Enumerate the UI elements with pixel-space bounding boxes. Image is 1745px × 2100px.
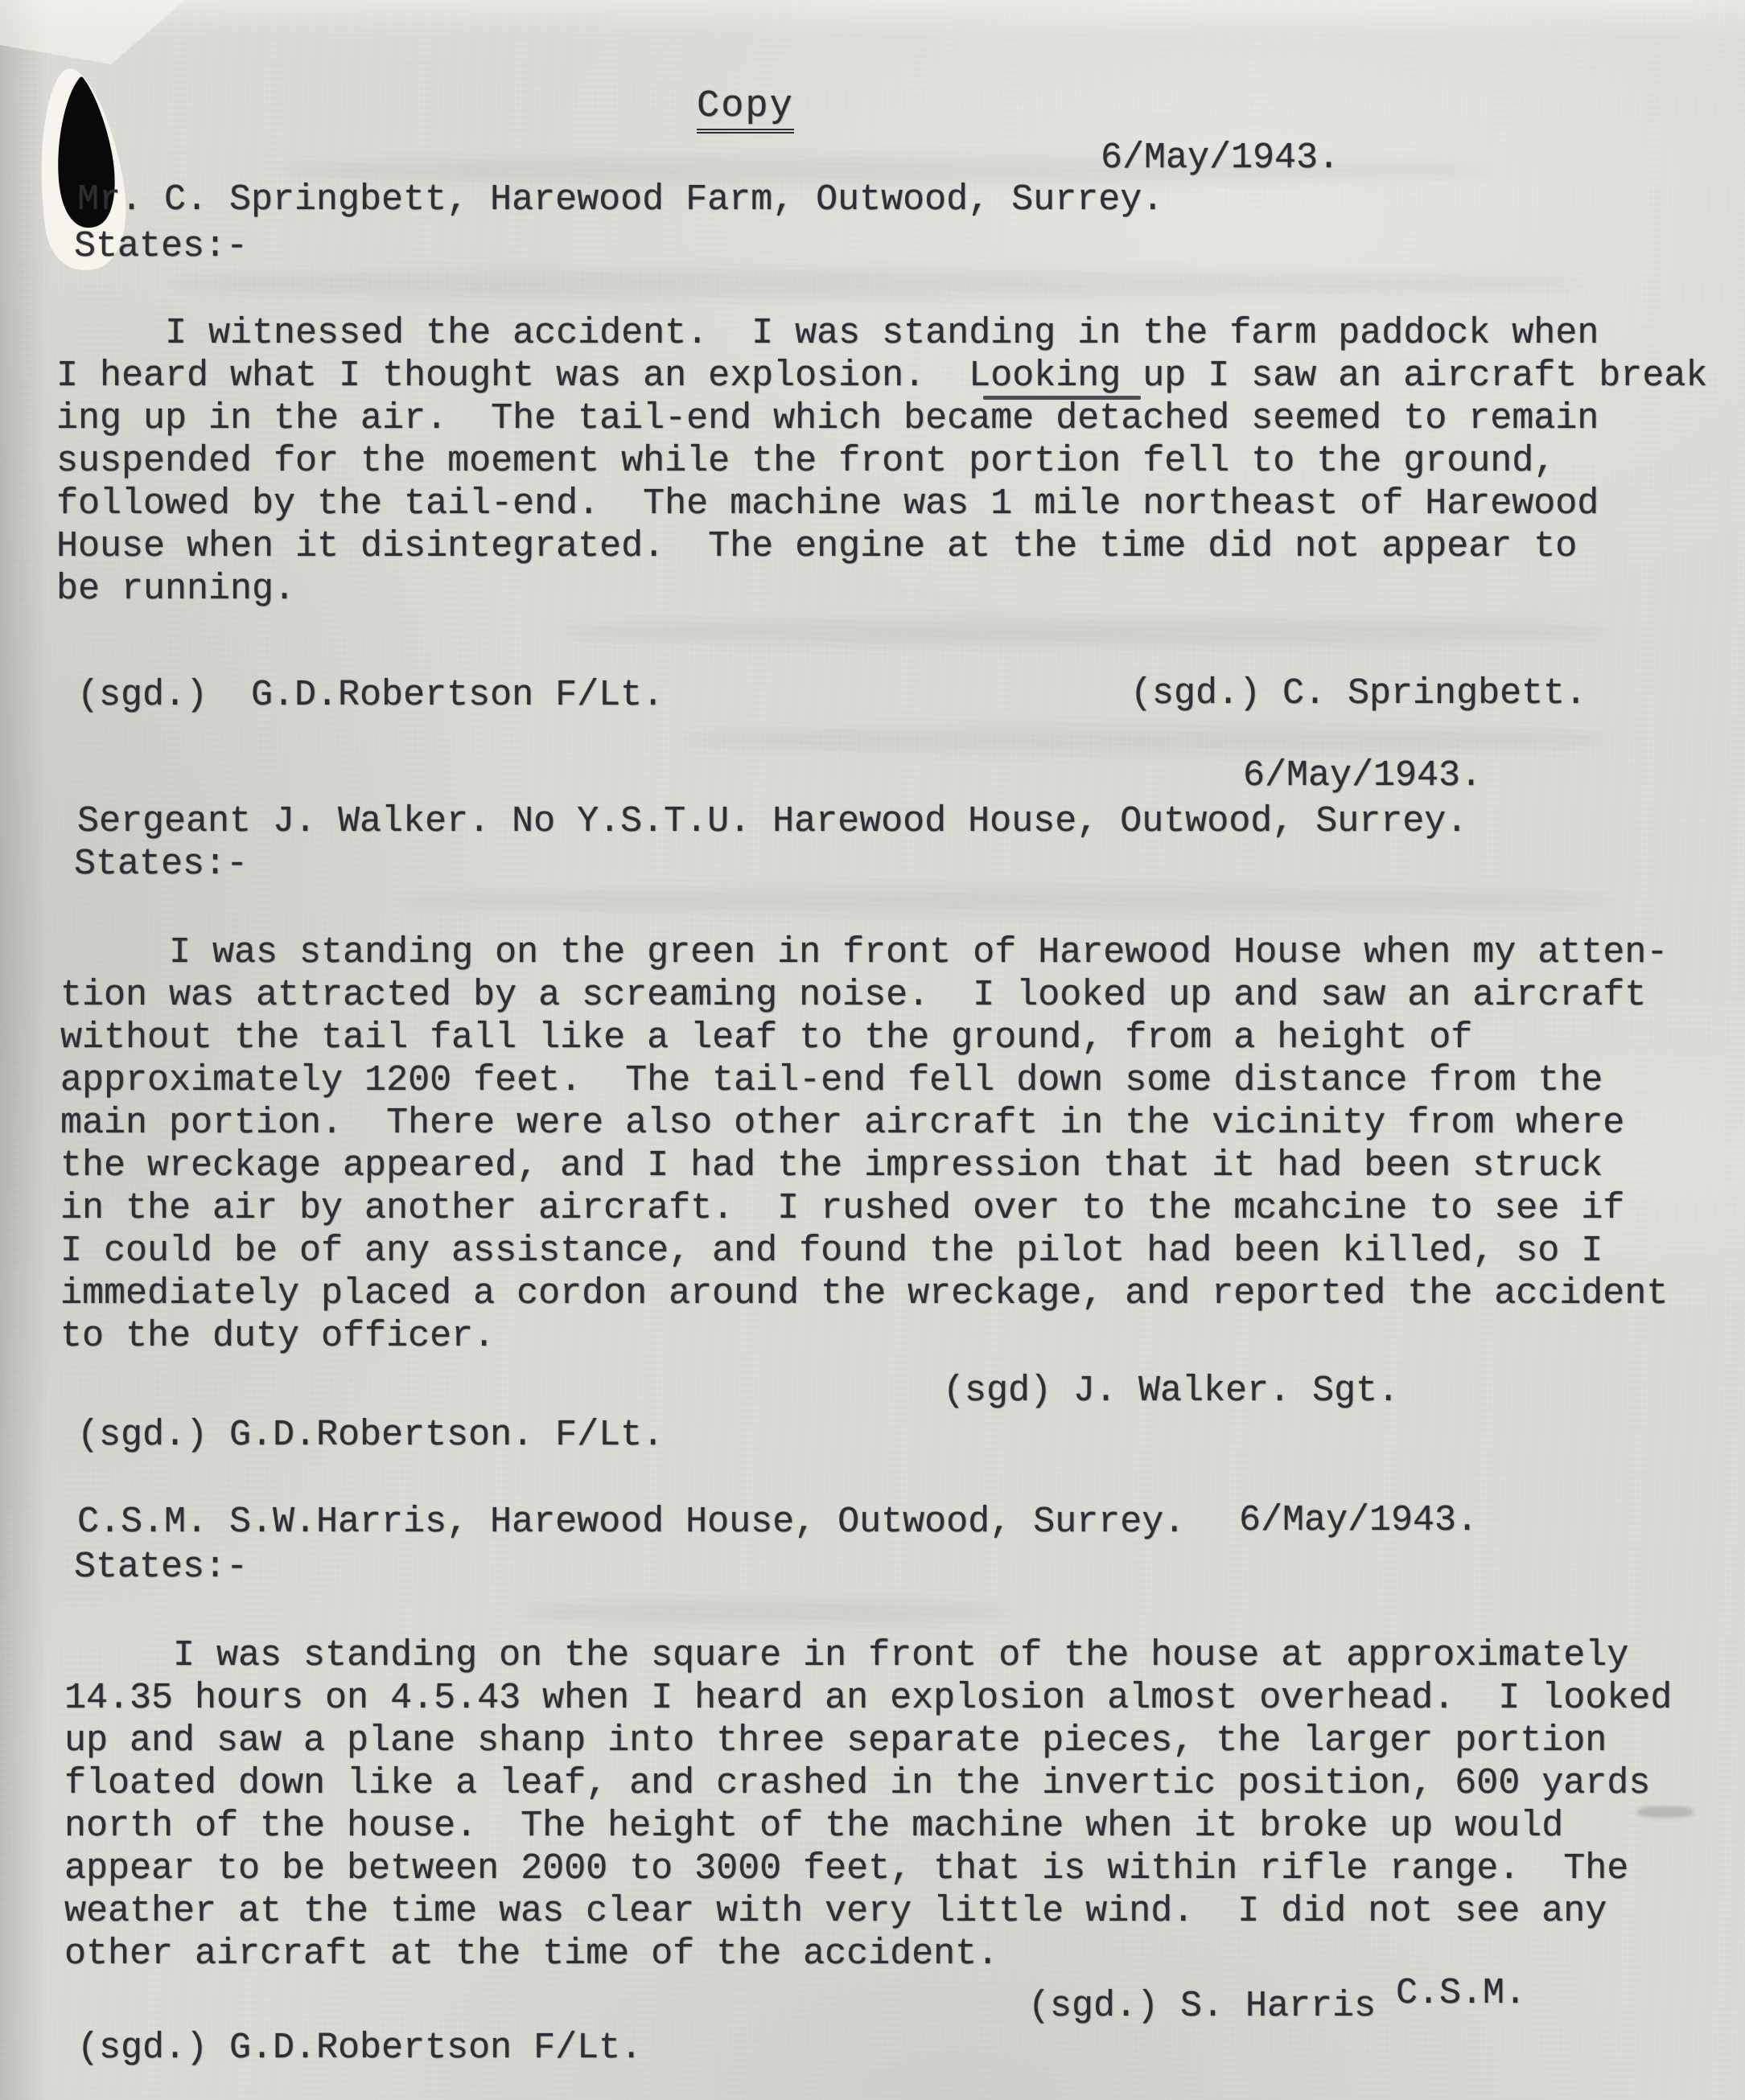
- statement-body: I witnessed the accident. I was standing…: [56, 312, 1745, 610]
- signature-right: (sgd.) C. Springbett.: [1130, 672, 1587, 715]
- bleed-through-smudge: [523, 1601, 1006, 1623]
- bleed-through-smudge: [563, 619, 1609, 645]
- statement-body: I was standing on the green in front of …: [60, 931, 1745, 1358]
- witness-line: C.S.M. S.W.Harris, Harewood House, Outwo…: [77, 1501, 1185, 1543]
- states-label: States:-: [74, 225, 248, 268]
- statement-date: 6/May/1943.: [1243, 754, 1482, 797]
- witness-line: Sergeant J. Walker. No Y.S.T.U. Harewood…: [77, 800, 1467, 843]
- states-label: States:-: [74, 843, 248, 886]
- signature-right: (sgd.) S. Harris: [1028, 1985, 1376, 2028]
- scanned-document-page: Copy 6/May/1943. Mr. C. Springbett, Hare…: [0, 0, 1745, 2100]
- paper-top-highlight: [0, 0, 1745, 36]
- document-title: Copy: [697, 85, 794, 134]
- statement-date: 6/May/1943.: [1101, 137, 1340, 179]
- bleed-through-smudge: [402, 889, 1609, 913]
- statement-date: 6/May/1943.: [1239, 1499, 1478, 1542]
- signature-left: (sgd.) G.D.Robertson F/Lt.: [77, 2027, 642, 2069]
- paper-left-shadow: [0, 0, 48, 2100]
- bleed-through-smudge: [177, 269, 1585, 298]
- states-label: States:-: [74, 1546, 248, 1588]
- signature-right: (sgd) J. Walker. Sgt.: [943, 1370, 1399, 1412]
- signature-left: (sgd.) G.D.Robertson F/Lt.: [77, 674, 664, 717]
- witness-line: Mr. C. Springbett, Harewood Farm, Outwoo…: [77, 179, 1163, 221]
- signature-left: (sgd.) G.D.Robertson. F/Lt.: [77, 1414, 664, 1457]
- statement-body: I was standing on the square in front of…: [64, 1634, 1745, 1975]
- underline-mark: [983, 396, 1141, 400]
- bleed-through-smudge: [684, 728, 1609, 752]
- signature-rank: C.S.M.: [1396, 1972, 1526, 2015]
